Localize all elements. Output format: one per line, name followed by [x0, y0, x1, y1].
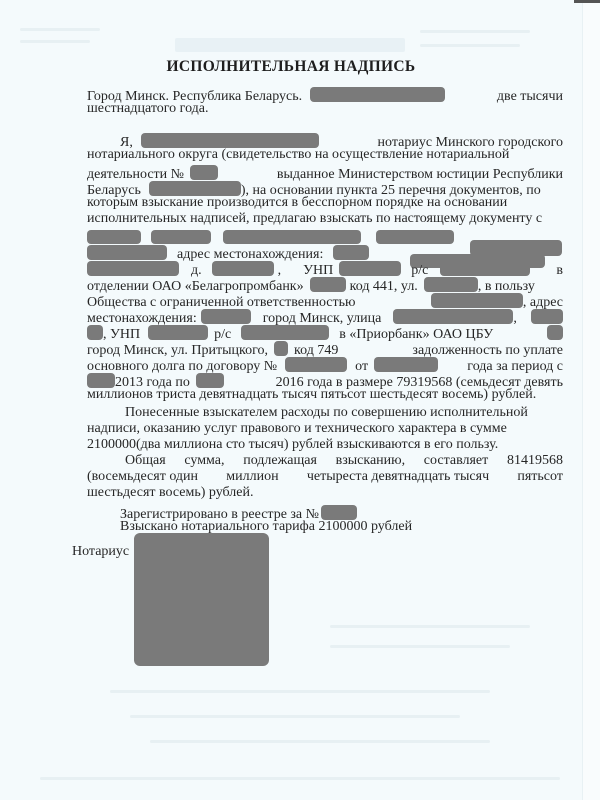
redacted-date — [310, 87, 445, 102]
expenses-line-3: 2100000(два миллиона сто тысяч) рублей в… — [87, 437, 563, 453]
bleed-through-mark — [420, 30, 530, 33]
text-segment: Общая — [87, 453, 166, 469]
redacted-period-end — [196, 373, 224, 388]
text-segment: подлежащая — [243, 453, 317, 469]
bleed-through-stamp — [175, 38, 405, 52]
expenses-line-1: Понесенные взыскателем расходы по соверш… — [87, 405, 563, 421]
bleed-through-mark — [150, 740, 490, 743]
bleed-through-mark — [330, 645, 510, 648]
redacted-debtor — [223, 230, 361, 244]
total-line-1: Общая сумма, подлежащая взысканию, соста… — [87, 453, 563, 469]
notary-line-5: которым взыскание производится в бесспор… — [87, 195, 563, 211]
debt-amount-words: миллионов триста девятнадцать тысяч пять… — [87, 387, 536, 403]
signature-label: Нотариус — [72, 544, 129, 560]
document-title: ИСПОЛНИТЕЛЬНАЯ НАДПИСЬ — [0, 58, 582, 76]
text-segment: которым взыскание производится в бесспор… — [87, 195, 507, 211]
redacted-certificate-date — [149, 181, 241, 196]
page-edge — [582, 0, 600, 800]
bleed-through-mark — [20, 28, 100, 31]
redacted-cbu — [547, 325, 563, 340]
redacted-debtor — [87, 230, 141, 244]
bleed-through-mark — [20, 40, 90, 43]
document-page: ИСПОЛНИТЕЛЬНАЯ НАДПИСЬ Город Минск. Респ… — [0, 0, 582, 800]
scan-corner-mark — [574, 0, 600, 3]
bleed-through-mark — [420, 44, 520, 47]
redacted-house — [531, 309, 563, 324]
text-segment: миллион — [226, 469, 278, 485]
bleed-through-mark — [110, 690, 490, 693]
bleed-through-mark — [130, 715, 460, 718]
redacted-index — [201, 309, 251, 324]
expenses-amount-text: 2100000(два миллиона сто тысяч) рублей в… — [87, 437, 498, 453]
bleed-through-mark — [40, 777, 560, 780]
redacted-period-start — [87, 373, 115, 388]
text-segment: надписи, оказанию услуг правового и техн… — [87, 421, 507, 437]
redacted-office — [87, 325, 103, 340]
total-line-3: шестьдесят восемь) рублей. — [87, 485, 563, 501]
notary-line-2: нотариального округа (свидетельство на о… — [87, 147, 563, 163]
redacted-debtor — [87, 245, 167, 260]
redacted-house — [212, 261, 274, 276]
redacted-unp — [148, 325, 208, 340]
redacted-certificate-number — [190, 165, 218, 180]
redacted-street — [393, 309, 513, 324]
notary-line-17: миллионов триста девятнадцать тысяч пять… — [87, 387, 563, 403]
redacted-address — [333, 245, 369, 260]
redacted-address — [87, 261, 179, 276]
redacted-contract-date — [374, 357, 438, 372]
year-text-cont: шестнадцатого года. — [87, 101, 209, 117]
text-segment: взысканию, — [336, 453, 406, 469]
redacted-street — [424, 277, 478, 292]
redacted-debtor — [151, 230, 211, 244]
redacted-account — [241, 325, 329, 340]
text-segment: шестьдесят восемь) рублей. — [87, 485, 253, 501]
text-segment: сумма, — [184, 453, 224, 469]
text-segment: исполнительных надписей, предлагаю взыск… — [87, 211, 542, 227]
redacted-registry-number — [321, 505, 357, 520]
total-amount-text: 81419568 — [507, 453, 563, 469]
text-segment: составляет — [424, 453, 488, 469]
header-line-2: шестнадцатого года. — [87, 101, 563, 117]
text-segment: Понесенные взыскателем расходы по соверш… — [87, 405, 528, 421]
text-segment: нотариального округа (свидетельство на о… — [87, 147, 509, 163]
expenses-line-2: надписи, оказанию услуг правового и техн… — [87, 421, 563, 437]
text-segment: (восемьдесят один — [87, 469, 198, 485]
redacted-account — [440, 261, 530, 276]
redacted-unp — [339, 261, 401, 276]
redacted-house — [274, 341, 288, 356]
text-segment: пятьсот — [517, 469, 563, 485]
redacted-contract-number — [285, 357, 347, 372]
total-line-2: (восемьдесят один миллион четыреста девя… — [87, 469, 563, 485]
redacted-notary-name — [141, 133, 319, 148]
redacted-signature-stamp — [134, 533, 269, 666]
redacted-creditor — [431, 293, 523, 308]
text-segment: четыреста девятнадцать тысяч — [307, 469, 489, 485]
bleed-through-mark — [330, 625, 530, 628]
redacted-debtor — [376, 230, 454, 244]
notary-line-6: исполнительных надписей, предлагаю взыск… — [87, 211, 563, 227]
redacted-branch — [310, 277, 346, 292]
